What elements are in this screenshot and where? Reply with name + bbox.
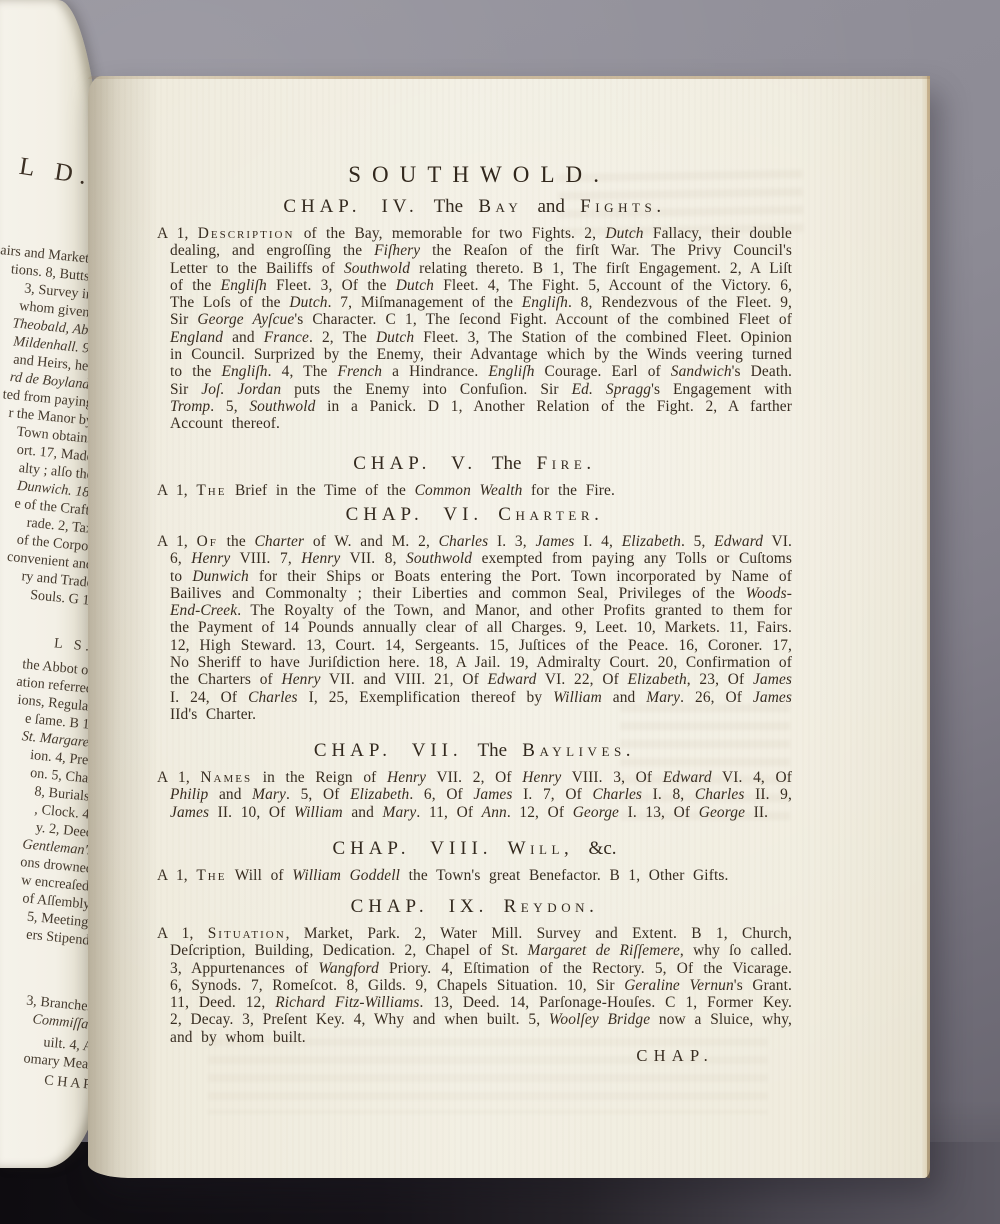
text-segment: Elizabeth bbox=[350, 786, 409, 803]
book-page: SOUTHWOLD. CHAP. IV. The Bay and Fights.… bbox=[88, 76, 930, 1178]
text-segment: for the Fire. bbox=[522, 482, 615, 499]
text-segment: William bbox=[294, 804, 343, 821]
text-segment: Henry bbox=[301, 550, 340, 567]
text-segment: Bay bbox=[478, 196, 522, 217]
chapter-section: CHAP. VIII. Will, &c. A 1, The Will of W… bbox=[157, 838, 792, 884]
text-segment: Southwold bbox=[249, 398, 315, 415]
chapter-heading: CHAP. VIII. Will, &c. bbox=[157, 838, 792, 860]
text-segment: Charles bbox=[248, 689, 298, 706]
chapter-heading: CHAP. IX. Reydon. bbox=[157, 896, 792, 918]
text-segment: Dutch bbox=[376, 329, 414, 346]
text-segment: James bbox=[473, 786, 512, 803]
text-segment: II. 10, Of bbox=[209, 804, 294, 821]
text-segment: in the Reign of bbox=[252, 769, 387, 786]
text-segment: Mary bbox=[383, 804, 417, 821]
text-segment: A 1, bbox=[157, 769, 200, 786]
text-segment: . 5, Of bbox=[286, 786, 350, 803]
text-segment: I. 24, Of bbox=[170, 689, 248, 706]
text-segment: Reydon. bbox=[504, 896, 599, 917]
text-segment: George bbox=[573, 804, 619, 821]
text-segment: IId's Charter. bbox=[170, 706, 256, 723]
text-segment: Baylives. bbox=[522, 740, 635, 761]
text-segment: Fleet. 3, Of the bbox=[267, 277, 396, 294]
text-segment: 's Engagement with bbox=[651, 381, 792, 398]
text-segment: Names bbox=[200, 769, 252, 786]
book-photo: L D. airs and Markets.tions. 8, Butts.3,… bbox=[0, 0, 1000, 1224]
text-segment: Dutch bbox=[605, 225, 643, 242]
text-segment: the bbox=[218, 533, 255, 550]
text-segment: Charles bbox=[592, 786, 642, 803]
text-segment: VI. 4, Of bbox=[712, 769, 792, 786]
chapter-heading: CHAP. VI. Charter. bbox=[157, 504, 792, 526]
text-segment: Henry bbox=[522, 769, 561, 786]
text-segment: George bbox=[699, 804, 745, 821]
text-segment: VIII. 3, Of bbox=[561, 769, 662, 786]
text-segment: Situation bbox=[208, 925, 286, 942]
chapter-section: CHAP. IV. The Bay and Fights. A 1, Descr… bbox=[157, 196, 792, 433]
text-segment: I. 13, Of bbox=[619, 804, 699, 821]
text-segment: Geraline Vernun bbox=[624, 977, 734, 994]
text-segment bbox=[492, 838, 507, 859]
text-segment: and bbox=[223, 329, 264, 346]
text-segment: CHAP. VI. bbox=[346, 504, 483, 525]
catchword: CHAP. bbox=[157, 1046, 792, 1066]
text-segment: Southwold bbox=[406, 550, 472, 567]
text-segment: Mary bbox=[646, 689, 680, 706]
text-segment: I. 7, Of bbox=[513, 786, 593, 803]
text-segment: I. 3, bbox=[488, 533, 535, 550]
text-segment: Fire. bbox=[537, 453, 596, 474]
left-page-line: L S. bbox=[0, 629, 94, 656]
text-segment: . 2, The bbox=[309, 329, 376, 346]
text-segment: puts the Enemy into Confuſion. Sir bbox=[281, 381, 571, 398]
text-segment: Common Wealth bbox=[415, 482, 523, 499]
text-segment: Of bbox=[197, 533, 218, 550]
text-segment: Dutch bbox=[289, 294, 327, 311]
text-segment: I. 8, bbox=[642, 786, 695, 803]
text-segment: Sandwich bbox=[671, 363, 732, 380]
text-segment: The bbox=[419, 196, 479, 217]
chapter-summary: A 1, The Will of William Goddell the Tow… bbox=[157, 867, 792, 884]
text-segment: . 26, Of bbox=[680, 689, 753, 706]
chapter-section: CHAP. V. The Fire. A 1, The Brief in the… bbox=[157, 453, 792, 499]
text-segment: the Town's great Benefactor. B 1, Other … bbox=[400, 867, 728, 884]
text-segment: Richard Fitz-Williams bbox=[275, 994, 419, 1011]
text-segment: . 5, bbox=[681, 533, 714, 550]
chapter-summary: A 1, Situation, Market, Park. 2, Water M… bbox=[157, 925, 792, 1046]
chapter-summary: A 1, Description of the Bay, memorable f… bbox=[157, 225, 792, 433]
text-segment: &c. bbox=[573, 838, 616, 859]
text-segment: I. 4, bbox=[575, 533, 622, 550]
text-segment: A 1, bbox=[157, 867, 196, 884]
chapter-summary: A 1, Names in the Reign of Henry VII. 2,… bbox=[157, 769, 792, 821]
text-segment: James bbox=[535, 533, 574, 550]
text-segment: Ed. Spragg bbox=[572, 381, 651, 398]
text-segment: A 1, bbox=[157, 225, 198, 242]
text-segment: for their Ships or Boats entering the Po… bbox=[170, 568, 792, 602]
text-segment: CHAP. VIII. bbox=[332, 838, 492, 859]
text-segment bbox=[488, 896, 503, 917]
text-segment: Engliſh bbox=[221, 277, 267, 294]
text-segment: Edward bbox=[663, 769, 712, 786]
chapter-section: CHAP. VI. Charter. A 1, Of the Charter o… bbox=[157, 504, 792, 723]
text-segment: a Hindrance. bbox=[382, 363, 488, 380]
text-segment: VII. 2, Of bbox=[426, 769, 522, 786]
text-segment: Engliſh bbox=[221, 363, 267, 380]
text-segment: James bbox=[753, 689, 792, 706]
text-segment: Elizabeth bbox=[628, 671, 687, 688]
text-segment: The bbox=[196, 867, 226, 884]
text-segment: Southwold bbox=[344, 260, 410, 277]
chapter-summary: A 1, Of the Charter of W. and M. 2, Char… bbox=[157, 533, 792, 723]
text-segment: I, 25, Exemplification thereof by bbox=[298, 689, 553, 706]
text-segment: Courage. Earl of bbox=[535, 363, 671, 380]
chapter-section: CHAP. VII. The Baylives. A 1, Names in t… bbox=[157, 740, 792, 821]
text-segment: James bbox=[170, 804, 209, 821]
text-segment: . 12, Of bbox=[507, 804, 573, 821]
text-segment: Will, bbox=[508, 838, 574, 859]
chapter-section: CHAP. IX. Reydon. A 1, Situation, Market… bbox=[157, 896, 792, 1046]
text-segment: VIII. 7, bbox=[230, 550, 301, 567]
text-segment: II. 9, bbox=[745, 786, 792, 803]
text-segment: CHAP. VII. bbox=[314, 740, 463, 761]
text-segment: Woolſey Bridge bbox=[549, 1011, 650, 1028]
text-segment: VII. and VIII. 21, Of bbox=[321, 671, 488, 688]
chapter-heading: CHAP. V. The Fire. bbox=[157, 453, 792, 475]
text-segment bbox=[483, 504, 498, 525]
text-segment: Mary bbox=[252, 786, 286, 803]
text-segment: Engliſh bbox=[488, 363, 534, 380]
text-segment: Edward bbox=[714, 533, 763, 550]
text-segment: CHAP. V. bbox=[353, 453, 477, 474]
text-segment: VII. 8, bbox=[340, 550, 406, 567]
text-segment: Joſ. Jordan bbox=[201, 381, 281, 398]
text-segment: , 23, Of bbox=[687, 671, 753, 688]
text-segment: Charter bbox=[255, 533, 305, 550]
text-segment: II. bbox=[745, 804, 768, 821]
text-segment: VI. 22, Of bbox=[536, 671, 627, 688]
text-segment: Margaret de Riſſemere bbox=[528, 942, 680, 959]
text-segment: . 6, Of bbox=[409, 786, 473, 803]
text-segment: Elizabeth bbox=[622, 533, 681, 550]
text-segment: French bbox=[338, 363, 383, 380]
text-segment: William bbox=[553, 689, 602, 706]
text-segment: Edward bbox=[488, 671, 537, 688]
text-segment: The bbox=[477, 453, 537, 474]
text-segment: Wangford bbox=[318, 960, 379, 977]
text-segment: and bbox=[343, 804, 383, 821]
text-segment: Fights. bbox=[580, 196, 666, 217]
chapter-heading: CHAP. VII. The Baylives. bbox=[157, 740, 792, 762]
text-segment: A 1, bbox=[157, 925, 208, 942]
text-segment: Engliſh bbox=[522, 294, 568, 311]
text-segment: . 4, The bbox=[268, 363, 338, 380]
text-segment: France bbox=[264, 329, 309, 346]
text-segment: The bbox=[196, 482, 226, 499]
text-segment: CHAP. IX. bbox=[351, 896, 489, 917]
text-segment: and bbox=[522, 196, 580, 217]
text-segment: . 11, Of bbox=[416, 804, 481, 821]
page-title: SOUTHWOLD. bbox=[157, 162, 792, 188]
chapter-summary: A 1, The Brief in the Time of the Common… bbox=[157, 482, 792, 499]
text-segment: A 1, bbox=[157, 482, 196, 499]
text-segment: CHAP. IV. bbox=[283, 196, 418, 217]
text-segment: Description bbox=[198, 225, 295, 242]
text-segment: Philip bbox=[170, 786, 208, 803]
text-segment: Dunwich bbox=[192, 568, 248, 585]
text-segment: Henry bbox=[191, 550, 230, 567]
text-segment: Charles bbox=[695, 786, 745, 803]
text-segment: A 1, bbox=[157, 533, 197, 550]
text-segment: William Goddell bbox=[292, 867, 400, 884]
text-segment: of W. and M. 2, bbox=[304, 533, 439, 550]
text-segment: . 5, bbox=[210, 398, 249, 415]
text-segment: England bbox=[170, 329, 223, 346]
opposite-page-text-fragments: airs and Markets.tions. 8, Butts.3, Surv… bbox=[0, 250, 93, 1094]
text-segment: 's Character. C 1, The ſecond Fight. Acc… bbox=[294, 311, 792, 328]
text-segment: Charles bbox=[439, 533, 489, 550]
text-segment: Henry bbox=[281, 671, 320, 688]
text-segment: and bbox=[602, 689, 646, 706]
text-segment: Henry bbox=[387, 769, 426, 786]
text-segment: The bbox=[463, 740, 523, 761]
text-segment: George Ayſcue bbox=[197, 311, 294, 328]
text-segment: Brief in the Time of the bbox=[226, 482, 414, 499]
text-segment: Dutch bbox=[396, 277, 434, 294]
text-segment: Ann bbox=[482, 804, 507, 821]
chapter-heading: CHAP. IV. The Bay and Fights. bbox=[157, 196, 792, 218]
gutter-shadow bbox=[88, 76, 158, 1178]
text-segment: . 7, Miſmanagement of the bbox=[328, 294, 522, 311]
text-segment: and bbox=[208, 786, 252, 803]
text-segment: Fiſhery bbox=[374, 242, 420, 259]
text-segment: James bbox=[753, 671, 792, 688]
text-segment: Will of bbox=[226, 867, 292, 884]
text-segment: Tromp bbox=[170, 398, 210, 415]
text-segment: of the Bay, memorable for two Fights. 2, bbox=[294, 225, 605, 242]
text-segment: Charter. bbox=[498, 504, 603, 525]
